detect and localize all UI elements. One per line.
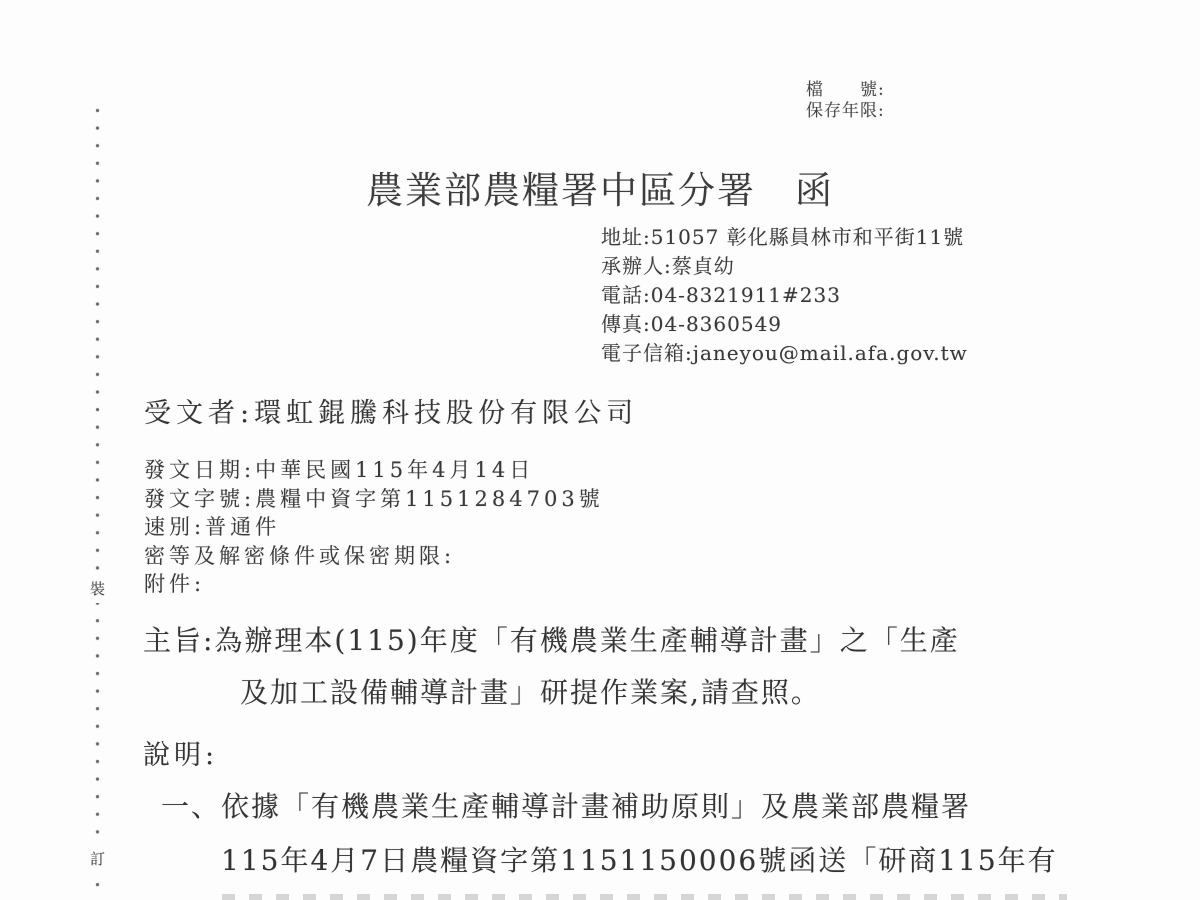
binding-dotted-line xyxy=(95,108,100,898)
binding-mark-zhuang: 裝 xyxy=(87,574,108,603)
subject-line-2: 及加工設備輔導計畫」研提作業案,請查照。 xyxy=(143,667,960,719)
classification-line: 密等及解密條件或保密期限: xyxy=(144,542,604,571)
description-item-1-line-2: 115年4月7日農糧資字第1151150006號函送「研商115年有 xyxy=(161,834,1058,888)
description-item-1-line-1: 一、依據「有機農業生產輔導計畫補助原則」及農業部農糧署 xyxy=(161,780,1058,834)
issue-date: 發文日期:中華民國115年4月14日 xyxy=(144,456,604,485)
description-label: 說明: xyxy=(143,733,218,772)
recipient-line: 受文者:環虹錕騰科技股份有限公司 xyxy=(144,391,638,430)
sender-fax: 傳真:04-8360549 xyxy=(601,310,968,339)
sender-address: 地址:51057 彰化縣員林市和平街11號 xyxy=(601,223,968,252)
scanned-official-letter: 裝 訂 檔 號: 保存年限: 農業部農糧署中區分署 函 地址:51057 彰化縣… xyxy=(0,0,1200,900)
document-meta-block: 發文日期:中華民國115年4月14日 發文字號:農糧中資字第1151284703… xyxy=(144,456,604,599)
cutoff-next-text-line xyxy=(222,894,1067,900)
document-number: 發文字號:農糧中資字第1151284703號 xyxy=(144,485,604,514)
sender-contact-person: 承辦人:蔡貞幼 xyxy=(601,252,968,281)
binding-mark-ding: 訂 xyxy=(87,844,108,873)
subject-block: 主旨:為辦理本(115)年度「有機農業生產輔導計畫」之「生產 及加工設備輔導計畫… xyxy=(143,615,960,719)
attachment-line: 附件: xyxy=(144,570,604,599)
sender-contact-block: 地址:51057 彰化縣員林市和平街11號 承辦人:蔡貞幼 電話:04-8321… xyxy=(601,223,968,368)
sender-email: 電子信箱:janeyou@mail.afa.gov.tw xyxy=(601,339,968,368)
file-number-label: 檔 號: xyxy=(806,80,885,101)
priority-level: 速別:普通件 xyxy=(144,513,604,542)
document-title: 農業部農糧署中區分署 函 xyxy=(0,160,1200,214)
subject-line-1: 主旨:為辦理本(115)年度「有機農業生產輔導計畫」之「生產 xyxy=(143,615,960,667)
retention-period-label: 保存年限: xyxy=(806,101,885,122)
archive-header: 檔 號: 保存年限: xyxy=(806,80,885,122)
sender-phone: 電話:04-8321911#233 xyxy=(601,281,968,310)
description-item-1: 一、依據「有機農業生產輔導計畫補助原則」及農業部農糧署 115年4月7日農糧資字… xyxy=(161,780,1058,888)
